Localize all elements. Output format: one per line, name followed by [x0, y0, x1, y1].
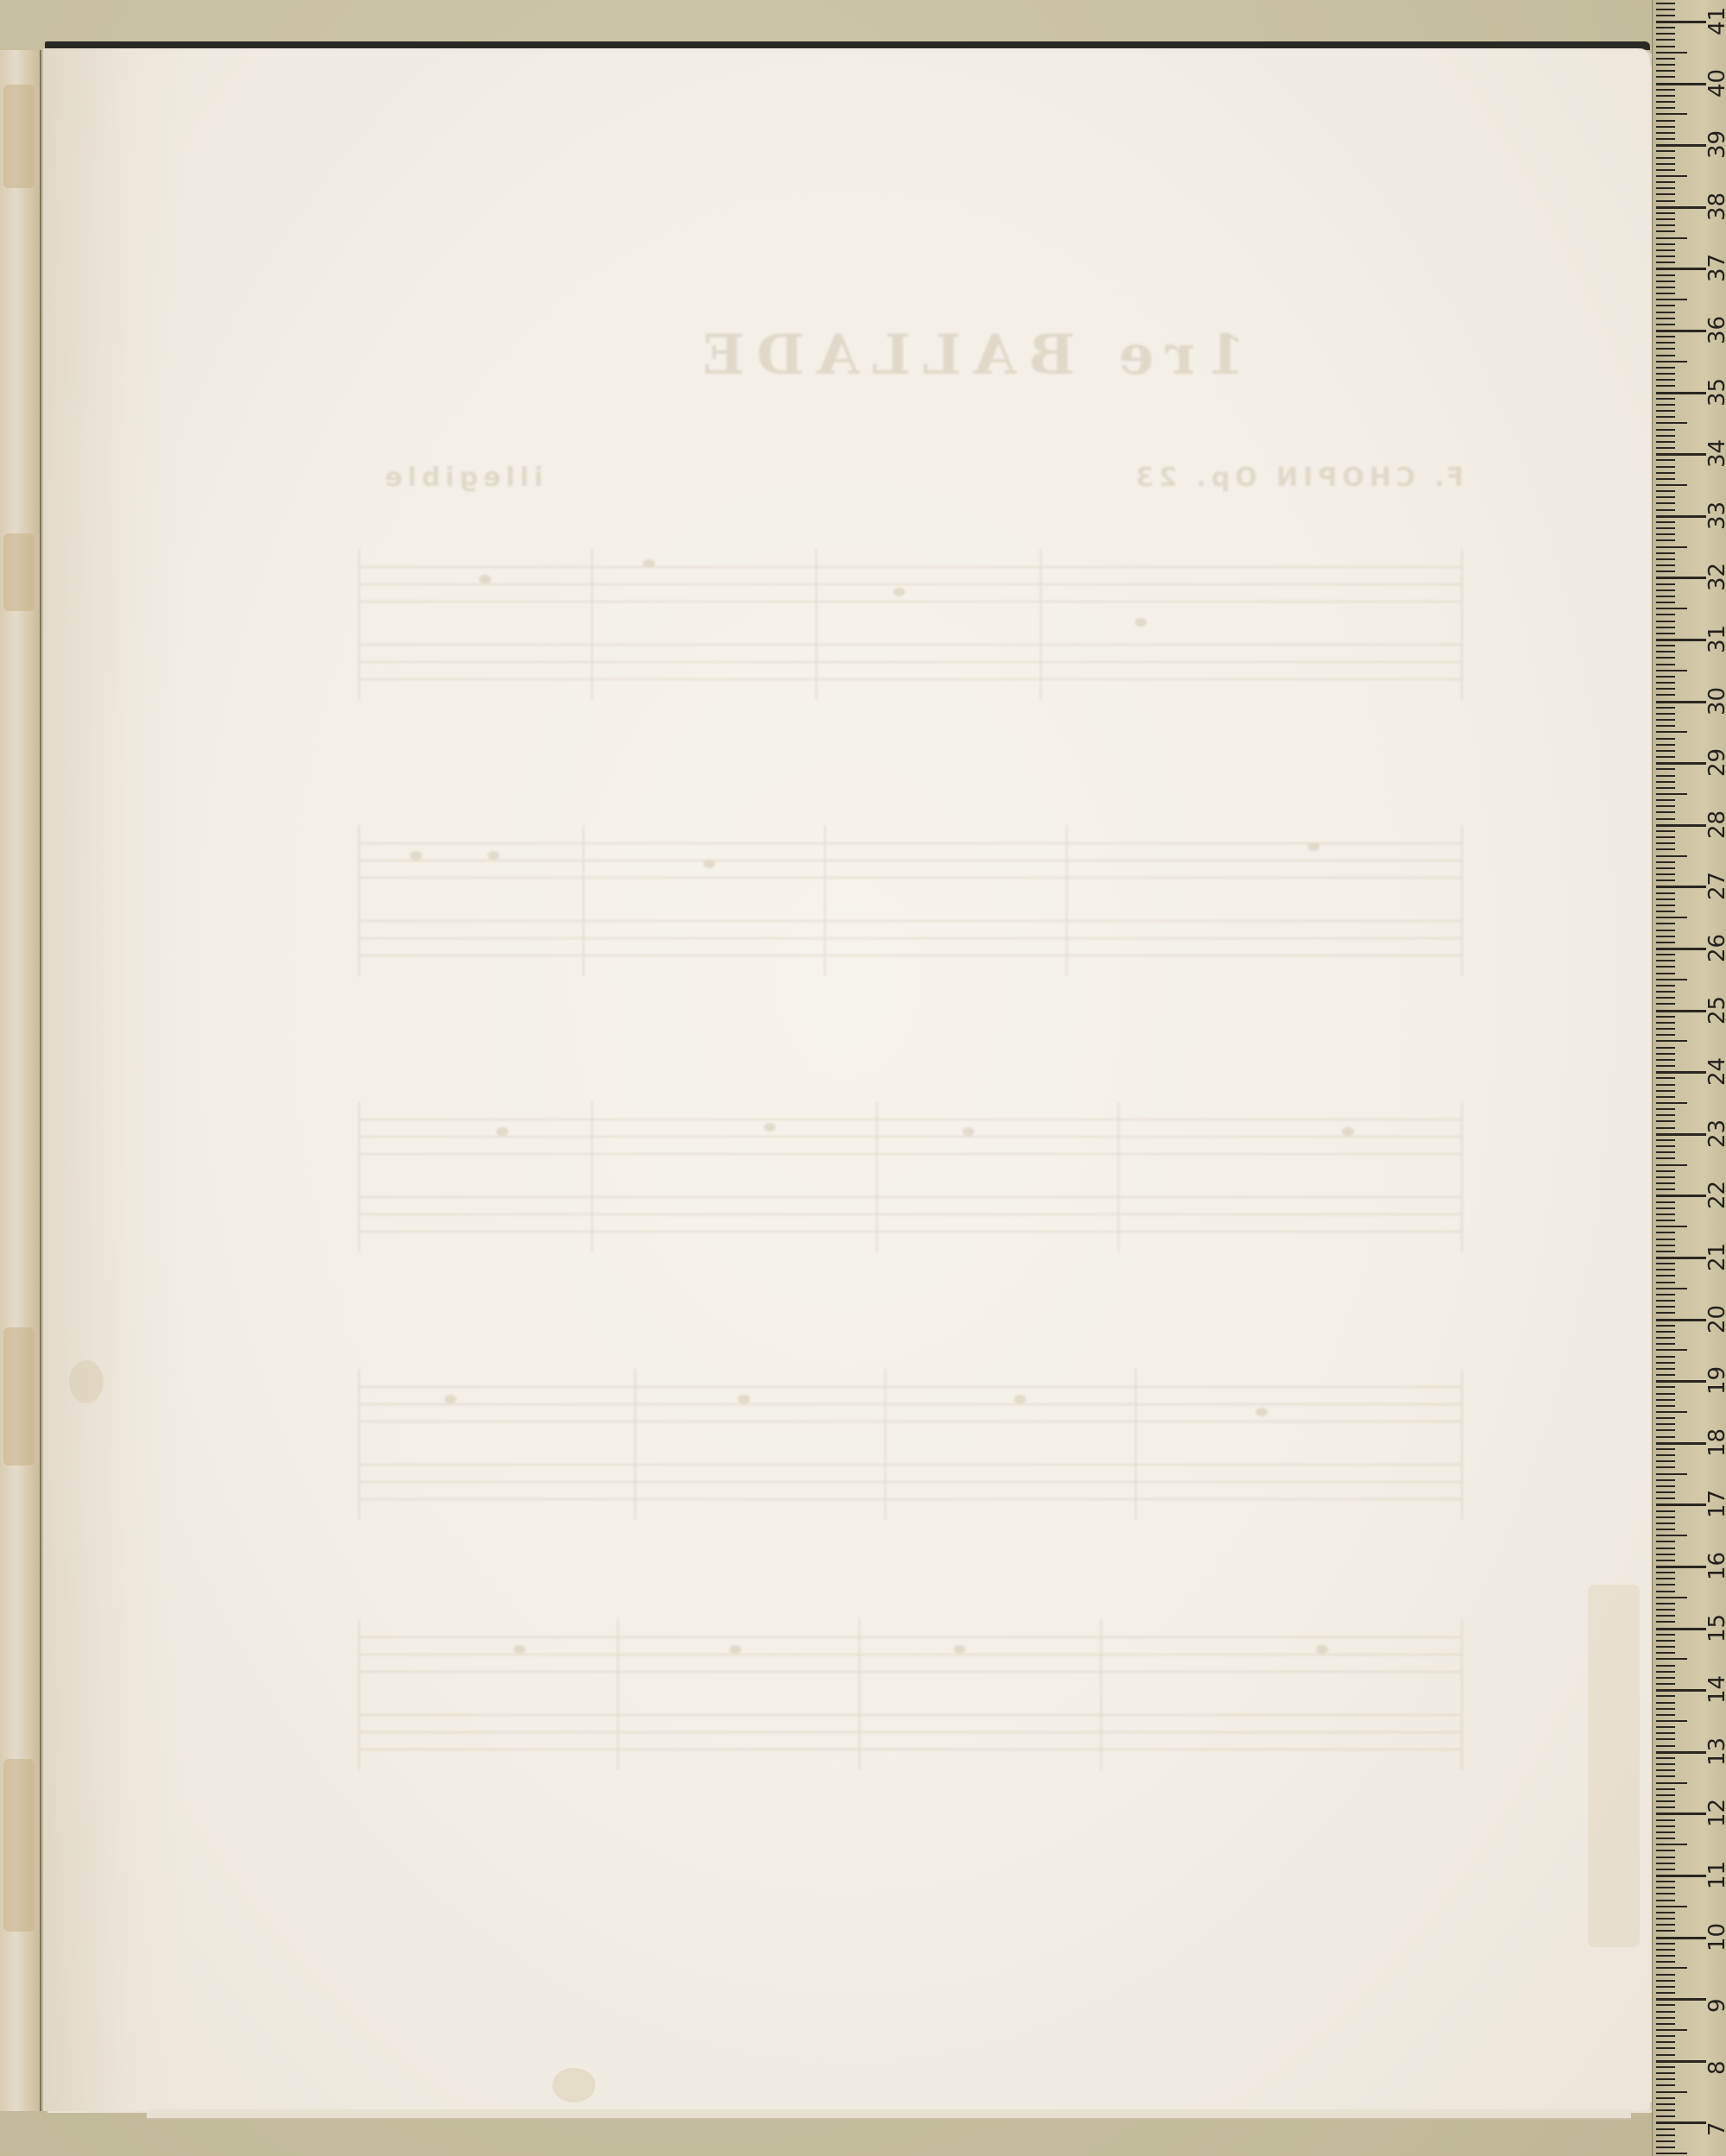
ruler-tick — [1656, 997, 1675, 999]
ruler-tick — [1656, 1875, 1706, 1877]
ruler-tick — [1656, 1077, 1675, 1079]
ruler-tick — [1656, 472, 1675, 474]
ruler-cm-label: 26 — [1706, 928, 1726, 962]
ruler-tick — [1656, 1127, 1675, 1129]
ruler-tick — [1656, 1151, 1675, 1153]
ruler-tick — [1656, 324, 1675, 325]
ruler-tick — [1656, 435, 1675, 437]
ruler-tick — [1656, 416, 1675, 418]
ruler-tick — [1656, 1857, 1675, 1858]
ruler-tick — [1656, 1429, 1675, 1431]
ruler-tick — [1656, 1325, 1675, 1327]
ruler-cm-label: 9 — [1706, 1978, 1726, 2013]
paper-stain — [552, 2068, 595, 2102]
ruler-tick — [1656, 701, 1706, 703]
ruler-tick — [1656, 1702, 1675, 1704]
ruler-tick — [1656, 1992, 1675, 1994]
ruler-tick — [1656, 1937, 1706, 1939]
ruler-tick — [1656, 1615, 1675, 1617]
ruler-tick — [1656, 1634, 1675, 1636]
ruler-tick — [1656, 1812, 1706, 1815]
ruler-tick — [1656, 1652, 1675, 1654]
ruler-tick — [1656, 373, 1675, 375]
ruler-tick — [1656, 1312, 1675, 1314]
ruler-tick — [1656, 1775, 1675, 1777]
ruler-tick — [1656, 27, 1675, 28]
ruler-tick — [1656, 1708, 1675, 1710]
ruler-tick — [1656, 2066, 1675, 2068]
ruler-cm-label: 21 — [1706, 1237, 1726, 1271]
bleed-through-title: 1re BALLADE — [690, 323, 1245, 388]
ruler-tick — [1656, 262, 1675, 263]
ruler-tick — [1656, 1986, 1675, 1988]
ruler-tick — [1656, 2004, 1675, 2006]
ruler-tick — [1656, 1084, 1675, 1086]
book-spine-strip — [0, 50, 41, 2111]
page-stack-bottom — [147, 2109, 1631, 2120]
ruler-tick — [1656, 336, 1675, 337]
bleed-through-staff-system-3 — [358, 1101, 1463, 1252]
ruler-tick — [1656, 361, 1687, 362]
ruler-tick — [1656, 539, 1675, 541]
ruler-cm-label: 22 — [1706, 1175, 1726, 1209]
stain — [3, 1759, 35, 1932]
ruler-tick — [1656, 750, 1675, 752]
ruler-tick — [1656, 793, 1687, 795]
ruler-tick — [1656, 496, 1675, 498]
ruler-tick — [1656, 1188, 1675, 1190]
ruler-tick — [1656, 1436, 1675, 1438]
ruler-tick — [1656, 1510, 1675, 1512]
ruler-tick — [1656, 1794, 1675, 1796]
ruler-tick — [1656, 1961, 1675, 1963]
ruler-tick — [1656, 1504, 1706, 1506]
ruler-tick — [1656, 564, 1675, 566]
ruler-cm-label: 41 — [1706, 1, 1726, 35]
ruler-tick — [1656, 824, 1706, 827]
ruler-tick — [1656, 657, 1675, 659]
ruler-tick — [1656, 83, 1706, 85]
ruler-tick — [1656, 1319, 1706, 1321]
stain — [3, 533, 35, 611]
ruler-tick — [1656, 342, 1675, 344]
ruler-cm-label: 13 — [1706, 1731, 1726, 1766]
ruler-tick — [1656, 1646, 1675, 1648]
ruler-tick — [1656, 76, 1675, 78]
ruler-cm-label: 14 — [1706, 1669, 1726, 1704]
ruler-tick — [1656, 731, 1687, 733]
ruler-tick — [1656, 1677, 1675, 1679]
ruler-tick — [1656, 318, 1675, 319]
ruler-tick — [1656, 1689, 1706, 1692]
ruler-tick — [1656, 533, 1675, 535]
ruler-tick — [1656, 645, 1675, 646]
ruler-tick — [1656, 52, 1687, 54]
ruler-tick — [1656, 830, 1675, 832]
ruler-tick — [1656, 985, 1675, 987]
ruler-tick — [1656, 410, 1675, 412]
ruler-tick — [1656, 2103, 1675, 2105]
ruler-tick — [1656, 2128, 1675, 2130]
ruler-tick — [1656, 1844, 1687, 1845]
ruler-tick — [1656, 1695, 1675, 1697]
ruler-tick — [1656, 719, 1675, 721]
ruler-tick — [1656, 1182, 1675, 1184]
ruler-tick — [1656, 799, 1675, 801]
ruler-tick — [1656, 429, 1675, 431]
ruler-tick — [1656, 466, 1675, 468]
ruler-tick — [1656, 15, 1675, 16]
ruler-tick — [1656, 1195, 1706, 1197]
ruler-tick — [1656, 1720, 1687, 1722]
ruler-tick — [1656, 1788, 1675, 1790]
ruler-tick — [1656, 805, 1675, 807]
ruler-tick — [1656, 484, 1687, 486]
ruler-tick — [1656, 1726, 1675, 1728]
ruler-tick — [1656, 1597, 1687, 1598]
ruler-tick — [1656, 1869, 1675, 1870]
ruler-tick — [1656, 960, 1675, 961]
ruler-tick — [1656, 1010, 1706, 1012]
ruler-cm-label: 38 — [1706, 186, 1726, 221]
ruler-cm-label: 7 — [1706, 2102, 1726, 2136]
ruler-tick — [1656, 781, 1675, 783]
ruler-tick — [1656, 1386, 1675, 1388]
ruler-tick — [1656, 614, 1675, 615]
bleed-through-staff-system-2 — [358, 825, 1463, 976]
ruler-tick — [1656, 478, 1675, 480]
ruler-tick — [1656, 1572, 1675, 1573]
ruler-tick — [1656, 1157, 1675, 1159]
ruler-tick — [1656, 33, 1675, 35]
ruler-tick — [1656, 1460, 1675, 1462]
ruler-cm-label: 32 — [1706, 557, 1726, 591]
ruler-tick — [1656, 392, 1706, 394]
ruler-tick — [1656, 836, 1675, 838]
ruler-tick — [1656, 1393, 1675, 1395]
ruler-cm-label: 16 — [1706, 1546, 1726, 1580]
bleed-through-publisher: illegible — [380, 463, 543, 493]
ruler-cm-label: 30 — [1706, 681, 1726, 716]
ruler-tick — [1656, 422, 1687, 424]
measuring-ruler: 4140393837363534333231302928272625242322… — [1652, 0, 1726, 2156]
ruler-tick — [1656, 95, 1675, 97]
ruler-tick — [1656, 502, 1675, 504]
ruler-tick — [1656, 1900, 1675, 1901]
ruler-tick — [1656, 948, 1706, 950]
ruler-tick — [1656, 1114, 1675, 1116]
ruler-tick — [1656, 312, 1675, 313]
ruler-tick — [1656, 1825, 1675, 1827]
ruler-cm-label: 34 — [1706, 433, 1726, 468]
ruler-tick — [1656, 1930, 1675, 1932]
paper-stain — [69, 1360, 104, 1403]
ruler-tick — [1656, 2011, 1675, 2013]
ruler-tick — [1656, 694, 1675, 696]
ruler-tick — [1656, 224, 1675, 226]
ruler-tick — [1656, 1838, 1675, 1839]
ruler-tick — [1656, 1671, 1675, 1673]
ruler-tick — [1656, 1887, 1675, 1888]
ruler-tick — [1656, 1683, 1675, 1685]
ruler-tick — [1656, 589, 1675, 591]
ruler-tick — [1656, 1831, 1675, 1833]
ruler-tick — [1656, 150, 1675, 152]
ruler-tick — [1656, 1028, 1675, 1030]
ruler-tick — [1656, 633, 1675, 634]
ruler-tick — [1656, 527, 1675, 529]
ruler-tick — [1656, 1207, 1675, 1209]
ruler-tick — [1656, 664, 1675, 665]
ruler-tick — [1656, 1560, 1675, 1561]
ruler-tick — [1656, 1405, 1675, 1407]
ruler-tick — [1656, 1732, 1675, 1734]
ruler-tick — [1656, 923, 1675, 924]
ruler-cm-label: 29 — [1706, 742, 1726, 777]
ruler-cm-label: 15 — [1706, 1608, 1726, 1642]
ruler-tick — [1656, 3, 1675, 4]
ruler-tick — [1656, 1924, 1675, 1926]
ruler-tick — [1656, 2047, 1675, 2049]
ruler-tick — [1656, 583, 1675, 585]
ruler-tick — [1656, 2023, 1675, 2025]
ruler-tick — [1656, 1906, 1687, 1907]
ruler-tick — [1656, 305, 1675, 306]
ruler-tick — [1656, 1782, 1687, 1784]
ruler-tick — [1656, 688, 1675, 690]
ruler-tick — [1656, 627, 1675, 628]
ruler-tick — [1656, 1040, 1687, 1042]
ruler-tick — [1656, 1955, 1675, 1957]
ruler-tick — [1656, 70, 1675, 72]
ruler-tick — [1656, 1145, 1675, 1147]
ruler-tick — [1656, 237, 1687, 239]
ruler-tick — [1656, 230, 1675, 232]
ruler-tick — [1656, 1263, 1675, 1264]
ruler-tick — [1656, 1108, 1675, 1110]
ruler-tick — [1656, 552, 1675, 554]
ruler-tick — [1656, 1306, 1675, 1308]
ruler-tick — [1656, 1485, 1675, 1487]
ruler-tick — [1656, 193, 1675, 195]
ruler-tick — [1656, 1053, 1675, 1055]
ruler-tick — [1656, 1548, 1675, 1549]
ruler-tick — [1656, 1423, 1675, 1425]
ruler-tick — [1656, 930, 1675, 931]
ruler-tick — [1656, 287, 1675, 288]
ruler-tick — [1656, 2091, 1687, 2093]
ruler-tick — [1656, 169, 1675, 171]
ruler-tick — [1656, 243, 1675, 245]
ruler-tick — [1656, 39, 1675, 41]
ruler-tick — [1656, 107, 1675, 109]
ruler-tick — [1656, 1214, 1675, 1215]
ruler-tick — [1656, 1220, 1675, 1221]
ruler-tick — [1656, 905, 1675, 906]
ruler-tick — [1656, 1003, 1675, 1005]
ruler-tick — [1656, 1529, 1675, 1530]
ruler-tick — [1656, 1591, 1675, 1592]
ruler-tick — [1656, 1943, 1675, 1945]
ruler-tick — [1656, 1479, 1675, 1481]
ruler-tick — [1656, 1349, 1687, 1351]
ruler-tick — [1656, 2084, 1675, 2086]
ruler-tick — [1656, 1491, 1675, 1493]
ruler-tick — [1656, 1850, 1675, 1851]
stain — [3, 85, 35, 188]
ruler-tick — [1656, 1239, 1675, 1240]
ruler-tick — [1656, 1658, 1687, 1660]
ruler-tick — [1656, 1034, 1675, 1036]
ruler-tick — [1656, 1998, 1706, 2001]
ruler-tick — [1656, 1863, 1675, 1864]
ruler-tick — [1656, 212, 1675, 214]
ruler-tick — [1656, 596, 1675, 597]
ruler-cm-label: 12 — [1706, 1793, 1726, 1827]
ruler-tick — [1656, 89, 1675, 91]
ruler-tick — [1656, 1442, 1706, 1445]
ruler-cm-label: 20 — [1706, 1299, 1726, 1333]
ruler-tick — [1656, 768, 1675, 770]
ruler-cm-label: 10 — [1706, 1917, 1726, 1951]
ruler-tick — [1656, 577, 1706, 579]
ruler-tick — [1656, 1497, 1675, 1499]
ruler-tick — [1656, 602, 1675, 603]
ruler-tick — [1656, 348, 1675, 350]
ruler-tick — [1656, 991, 1675, 993]
ruler-tick — [1656, 132, 1675, 134]
ruler-tick — [1656, 1448, 1675, 1450]
ruler-tick — [1656, 756, 1675, 758]
ruler-tick — [1656, 1133, 1706, 1136]
ruler-tick — [1656, 1621, 1675, 1623]
ruler-tick — [1656, 1090, 1675, 1092]
ruler-tick — [1656, 101, 1675, 103]
ruler-tick — [1656, 1881, 1675, 1882]
ruler-tick — [1656, 1343, 1675, 1345]
ruler-tick — [1656, 1337, 1675, 1339]
ruler-tick — [1656, 187, 1675, 189]
ruler-tick — [1656, 175, 1687, 177]
ruler-tick — [1656, 651, 1675, 652]
ruler-tick — [1656, 1059, 1675, 1061]
ruler-tick — [1656, 973, 1675, 974]
ruler-tick — [1656, 293, 1675, 294]
ruler-tick — [1656, 21, 1706, 23]
ruler-tick — [1656, 453, 1706, 456]
ruler-tick — [1656, 1257, 1706, 1259]
ruler-tick — [1656, 898, 1675, 900]
bleed-through-staff-system-1 — [358, 549, 1463, 700]
ruler-cm-label: 28 — [1706, 804, 1726, 839]
ruler-tick — [1656, 1356, 1675, 1358]
ruler-tick — [1656, 441, 1675, 443]
ruler-tick — [1656, 2140, 1675, 2142]
ruler-tick — [1656, 2054, 1675, 2056]
ruler-tick — [1656, 713, 1675, 715]
ruler-tick — [1656, 879, 1675, 881]
ruler-tick — [1656, 64, 1675, 66]
ruler-tick — [1656, 330, 1706, 332]
ruler-tick — [1656, 1232, 1675, 1233]
ruler-tick — [1656, 2147, 1675, 2148]
ruler-tick — [1656, 2121, 1706, 2124]
ruler-tick — [1656, 1541, 1675, 1542]
ruler-tick — [1656, 1047, 1675, 1049]
ruler-tick — [1656, 1454, 1675, 1456]
ruler-tick — [1656, 670, 1687, 671]
ruler-tick — [1656, 1640, 1675, 1642]
ruler-tick — [1656, 1016, 1675, 1018]
ruler-tick — [1656, 509, 1675, 511]
stain — [3, 1327, 35, 1466]
ruler-tick — [1656, 521, 1675, 523]
ruler-tick — [1656, 268, 1706, 270]
ruler-tick — [1656, 281, 1675, 282]
ruler-tick — [1656, 138, 1675, 140]
ruler-tick — [1656, 725, 1675, 727]
ruler-tick — [1656, 1170, 1675, 1172]
ruler-tick — [1656, 1603, 1675, 1604]
ruler-tick — [1656, 1763, 1675, 1765]
ruler-tick — [1656, 255, 1675, 257]
ruler-tick — [1656, 1071, 1706, 1074]
ruler-tick — [1656, 385, 1675, 387]
ruler-tick — [1656, 1417, 1675, 1419]
ruler-tick — [1656, 1022, 1675, 1024]
ruler-cm-label: 11 — [1706, 1855, 1726, 1889]
ruler-cm-label: 27 — [1706, 866, 1726, 900]
bleed-through-staff-system-4 — [358, 1369, 1463, 1520]
ruler-tick — [1656, 1522, 1675, 1524]
ruler-tick — [1656, 608, 1687, 609]
ruler-tick — [1656, 855, 1687, 857]
ruler-tick — [1656, 1757, 1675, 1759]
ruler-tick — [1656, 621, 1675, 622]
ruler-tick — [1656, 873, 1675, 875]
ruler-tick — [1656, 639, 1706, 641]
ruler-tick — [1656, 1275, 1675, 1277]
ruler-tick — [1656, 1269, 1675, 1270]
ruler-tick — [1656, 979, 1687, 980]
ruler-tick — [1656, 571, 1675, 572]
ruler-cm-label: 33 — [1706, 495, 1726, 530]
ruler-cm-label: 40 — [1706, 63, 1726, 98]
ruler-tick — [1656, 1745, 1675, 1747]
ruler-tick — [1656, 1251, 1675, 1252]
ruler-tick — [1656, 942, 1675, 943]
paper-discoloration — [1588, 1585, 1640, 1947]
ruler-tick — [1656, 355, 1675, 356]
ruler-tick — [1656, 1980, 1675, 1982]
ruler-tick — [1656, 861, 1675, 863]
ruler-tick — [1656, 113, 1687, 115]
ruler-tick — [1656, 1819, 1675, 1821]
ruler-tick — [1656, 1967, 1687, 1969]
ruler-tick — [1656, 1226, 1687, 1227]
ruler-tick — [1656, 1566, 1706, 1568]
ruler-tick — [1656, 1714, 1675, 1716]
ruler-tick — [1656, 1294, 1675, 1295]
ruler-tick — [1656, 404, 1675, 406]
ruler-tick — [1656, 1893, 1675, 1894]
ruler-tick — [1656, 2060, 1706, 2063]
ruler-tick — [1656, 738, 1675, 740]
ruler-tick — [1656, 274, 1675, 276]
ruler-cm-label: 19 — [1706, 1360, 1726, 1395]
ruler-tick — [1656, 9, 1675, 10]
ruler-tick — [1656, 886, 1706, 888]
